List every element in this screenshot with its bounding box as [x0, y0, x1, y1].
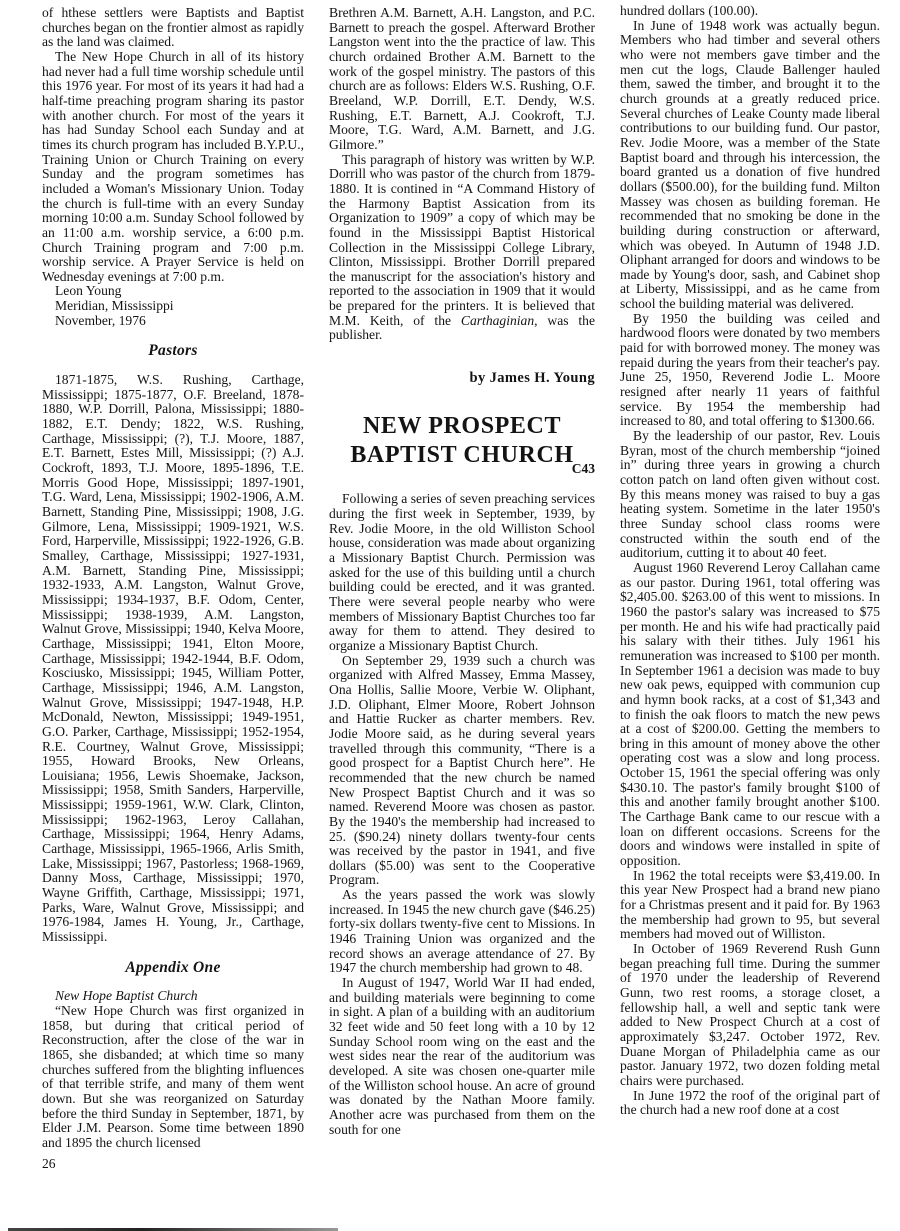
paragraph-cotton-patch: By the leadership of our pastor, Rev. Lo… [620, 429, 880, 561]
paragraph-1962-receipts: In 1962 the total receipts were $3,419.0… [620, 869, 880, 942]
article-byline: by James H. Young [329, 371, 595, 386]
article-title-line-1: NEW PROSPECT [363, 413, 561, 439]
paragraph-building-plan: In August of 1947, World War II had ende… [329, 976, 595, 1137]
paragraph-acre-continuation: hundred dollars (100.00). [620, 4, 880, 19]
page-number: 26 [42, 1157, 304, 1172]
paragraph-settlers-continuation: of hthese settlers were Baptists and Bap… [42, 6, 304, 50]
column-1: of hthese settlers were Baptists and Bap… [42, 6, 304, 1171]
article-title: NEW PROSPECT BAPTIST CHURCH [329, 412, 595, 470]
article-title-line-2: BAPTIST CHURCH [350, 442, 573, 468]
paragraph-1950-floors: By 1950 the building was ceiled and hard… [620, 312, 880, 429]
paragraph-charter-members: On September 29, 1939 such a church was … [329, 654, 595, 889]
pastors-heading: Pastors [42, 344, 304, 359]
paragraph-growth: As the years passed the work was slowly … [329, 888, 595, 976]
signature-block: Leon Young Meridian, Mississippi Novembe… [42, 284, 304, 328]
pastors-list-paragraph: 1871-1875, W.S. Rushing, Carthage, Missi… [42, 373, 304, 945]
signature-place: Meridian, Mississippi [42, 299, 304, 314]
paragraph-construction-1948: In June of 1948 work was actually begun.… [620, 19, 880, 312]
signature-date: November, 1976 [42, 314, 304, 329]
paragraph-quote-continuation: Brethren A.M. Barnett, A.H. Langston, an… [329, 6, 595, 153]
paragraph-history-note: This paragraph of history was written by… [329, 153, 595, 344]
appendix-subheading: New Hope Baptist Church [42, 989, 304, 1004]
paragraph-new-hope-schedule: The New Hope Church in all of its histor… [42, 50, 304, 285]
appendix-quote-paragraph: “New Hope Church was first organized in … [42, 1004, 304, 1151]
paragraph-organizing: Following a series of seven preaching se… [329, 492, 595, 653]
appendix-heading: Appendix One [42, 961, 304, 976]
paragraph-gunn-additions: In October of 1969 Reverend Rush Gunn be… [620, 942, 880, 1089]
signature-name: Leon Young [42, 284, 304, 299]
column-2: Brethren A.M. Barnett, A.H. Langston, an… [329, 6, 595, 1137]
paragraph-callahan-pastorate: August 1960 Reverend Leroy Callahan came… [620, 561, 880, 869]
history-note-text-before: This paragraph of history was written by… [329, 152, 595, 328]
newspaper-title: Carthaginian [461, 313, 534, 328]
column-3: hundred dollars (100.00). In June of 194… [620, 4, 880, 1118]
paragraph-roof-1972: In June 1972 the roof of the original pa… [620, 1089, 880, 1118]
